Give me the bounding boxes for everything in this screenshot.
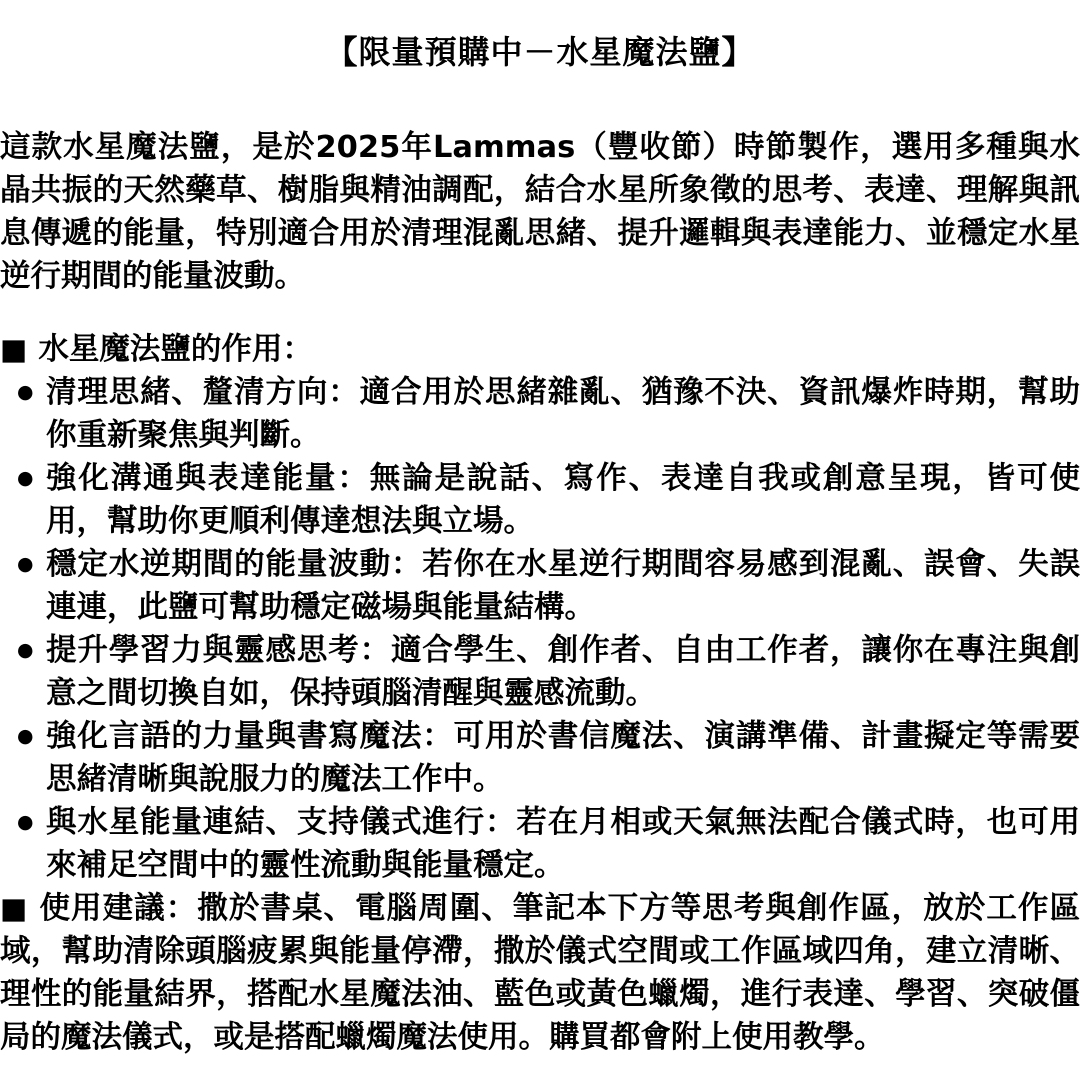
effects-heading: ■水星魔法鹽的作用： <box>0 328 1080 371</box>
effects-bullet-list: ● 清理思緒、釐清方向：適合用於思緒雜亂、猶豫不決、資訊爆炸時期，幫助你重新聚焦… <box>0 371 1080 887</box>
list-item: ● 穩定水逆期間的能量波動：若你在水星逆行期間容易感到混亂、誤會、失誤連連，此鹽… <box>0 543 1080 629</box>
bullet-text: 穩定水逆期間的能量波動：若你在水星逆行期間容易感到混亂、誤會、失誤連連，此鹽可幫… <box>46 547 1080 625</box>
bullet-icon: ● <box>17 457 34 500</box>
product-description-page: 【限量預購中－水星魔法鹽】 這款水星魔法鹽，是於2025年Lammas（豐收節）… <box>0 0 1080 1080</box>
list-item: ● 提升學習力與靈感思考：適合學生、創作者、自由工作者，讓你在專注與創意之間切換… <box>0 629 1080 715</box>
bullet-icon: ● <box>17 543 34 586</box>
effects-section: ■水星魔法鹽的作用： ● 清理思緒、釐清方向：適合用於思緒雜亂、猶豫不決、資訊爆… <box>0 328 1080 1059</box>
list-item: ● 強化言語的力量與書寫魔法：可用於書信魔法、演講準備、計畫擬定等需要思緒清晰與… <box>0 715 1080 801</box>
effects-heading-label: 水星魔法鹽的作用： <box>38 332 313 367</box>
bullet-text: 強化言語的力量與書寫魔法：可用於書信魔法、演講準備、計畫擬定等需要思緒清晰與說服… <box>46 719 1080 797</box>
bullet-icon: ● <box>17 801 34 844</box>
bullet-icon: ● <box>17 629 34 672</box>
bullet-icon: ● <box>17 715 34 758</box>
usage-section: ■使用建議：撒於書桌、電腦周圍、筆記本下方等思考與創作區，放於工作區域，幫助清除… <box>0 887 1080 1059</box>
bullet-text: 與水星能量連結、支持儀式進行：若在月相或天氣無法配合儀式時，也可用來補足空間中的… <box>46 805 1080 883</box>
square-bullet-icon: ■ <box>0 887 27 930</box>
usage-text: 使用建議：撒於書桌、電腦周圍、筆記本下方等思考與創作區，放於工作區域，幫助清除頭… <box>0 891 1080 1055</box>
bullet-text: 清理思緒、釐清方向：適合用於思緒雜亂、猶豫不決、資訊爆炸時期，幫助你重新聚焦與判… <box>46 375 1080 453</box>
bullet-text: 強化溝通與表達能量：無論是說話、寫作、表達自我或創意呈現，皆可使用，幫助你更順利… <box>46 461 1080 539</box>
list-item: ● 強化溝通與表達能量：無論是說話、寫作、表達自我或創意呈現，皆可使用，幫助你更… <box>0 457 1080 543</box>
bullet-icon: ● <box>17 371 34 414</box>
bullet-text: 提升學習力與靈感思考：適合學生、創作者、自由工作者，讓你在專注與創意之間切換自如… <box>46 633 1080 711</box>
page-title: 【限量預購中－水星魔法鹽】 <box>0 30 1080 74</box>
intro-paragraph: 這款水星魔法鹽，是於2025年Lammas（豐收節）時節製作，選用多種與水晶共振… <box>0 126 1080 298</box>
square-bullet-icon: ■ <box>0 328 27 371</box>
list-item: ● 與水星能量連結、支持儀式進行：若在月相或天氣無法配合儀式時，也可用來補足空間… <box>0 801 1080 887</box>
list-item: ● 清理思緒、釐清方向：適合用於思緒雜亂、猶豫不決、資訊爆炸時期，幫助你重新聚焦… <box>0 371 1080 457</box>
